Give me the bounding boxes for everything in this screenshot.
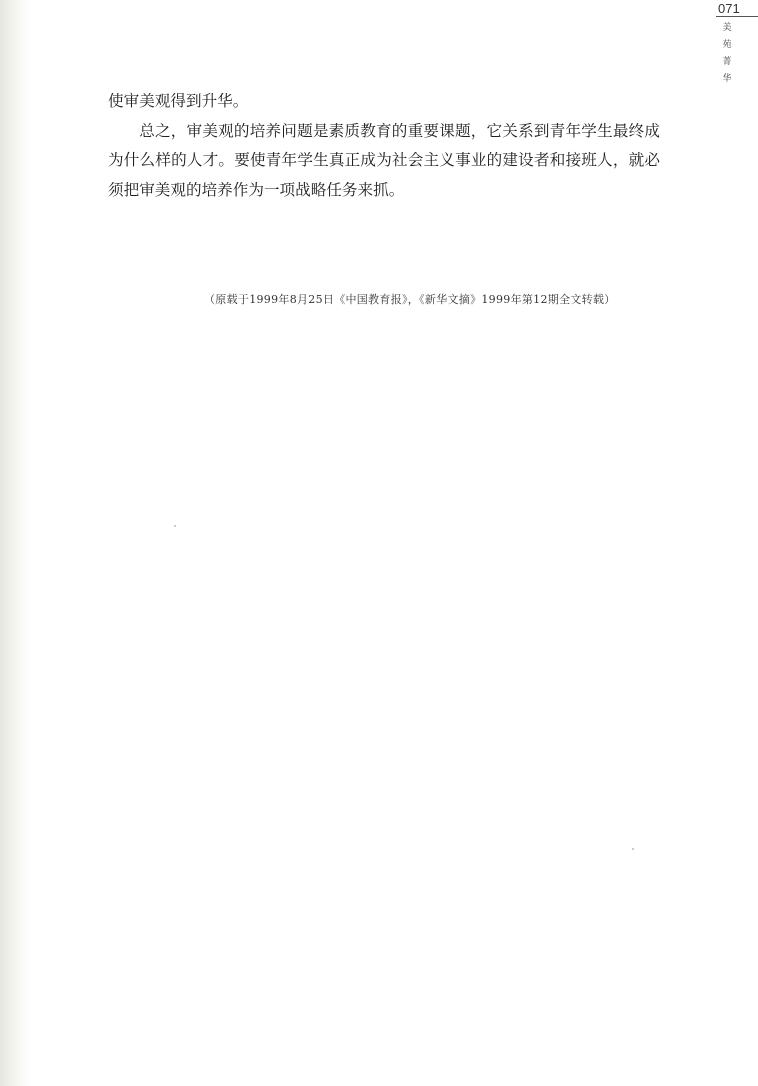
paragraph-continuation: 使审美观得到升华。 bbox=[108, 87, 660, 117]
scan-speck bbox=[632, 848, 634, 850]
paragraph-conclusion: 总之，审美观的培养问题是素质教育的重要课题，它关系到青年学生最终成为什么样的人才… bbox=[108, 117, 660, 206]
page-number: 071 bbox=[716, 2, 758, 17]
section-title: 美苑菁华 bbox=[720, 20, 734, 88]
article-body: 使审美观得到升华。 总之，审美观的培养问题是素质教育的重要课题，它关系到青年学生… bbox=[108, 87, 660, 206]
book-spine-shadow bbox=[0, 0, 30, 1086]
source-citation: （原载于1999年8月25日《中国教育报》，《新华文摘》1999年第12期全文转… bbox=[204, 291, 664, 307]
scan-speck bbox=[174, 525, 176, 527]
